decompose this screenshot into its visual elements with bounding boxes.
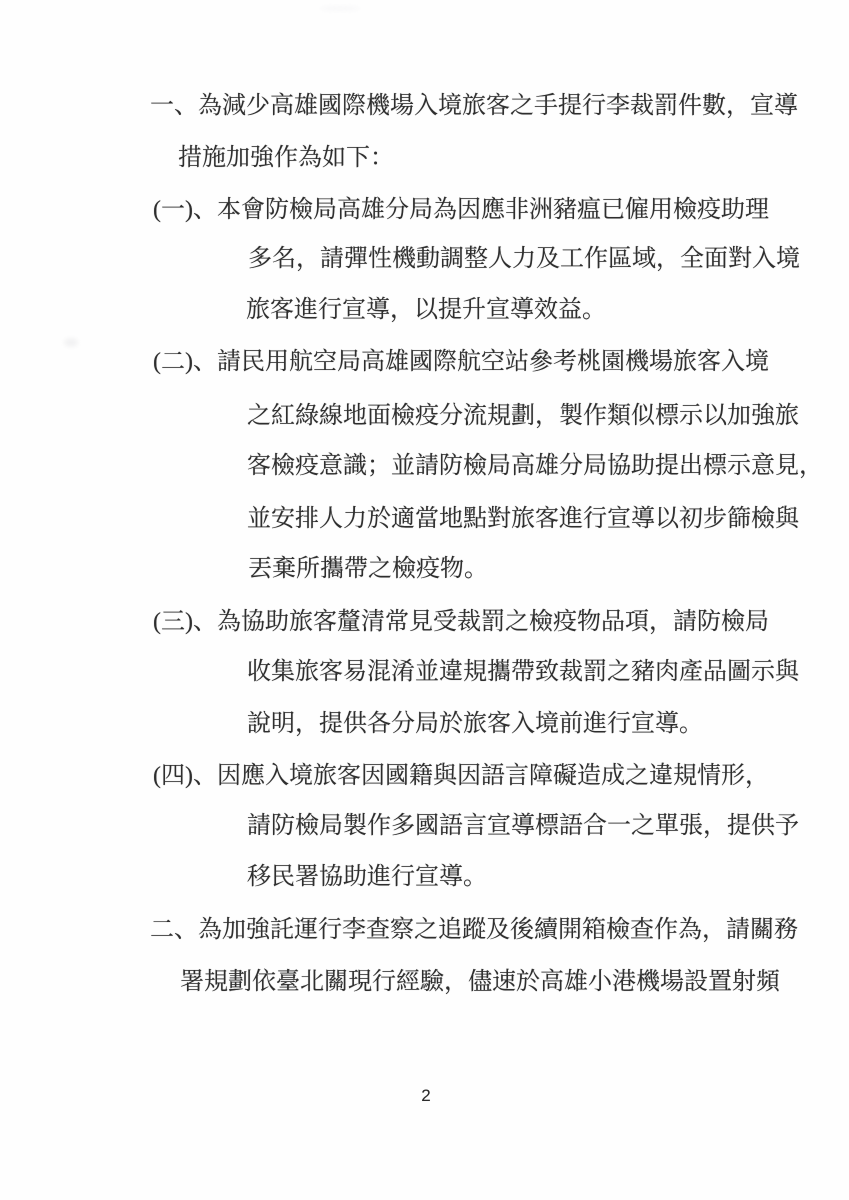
document-line: 說明，提供各分局於旅客入境前進行宣導。 — [247, 710, 703, 738]
scan-noise-smudge — [64, 338, 78, 347]
document-line: (三)、為協助旅客釐清常見受裁罰之檢疫物品項，請防檢局 — [153, 608, 769, 636]
document-line: 客檢疫意識；並請防檢局高雄分局協助提出標示意見， — [247, 452, 823, 480]
document-line: 並安排人力於適當地點對旅客進行宣導以初步篩檢與 — [247, 505, 799, 533]
document-line: 移民署協助進行宣導。 — [247, 863, 487, 891]
document-line: (一)、本會防檢局高雄分局為因應非洲豬瘟已僱用檢疫助理 — [153, 196, 769, 224]
document-line: 之紅綠線地面檢疫分流規劃，製作類似標示以加強旅 — [247, 402, 799, 430]
document-line: 丟棄所攜帶之檢疫物。 — [248, 555, 488, 583]
document-line: 收集旅客易混淆並違規攜帶致裁罰之豬肉產品圖示與 — [247, 658, 799, 686]
page-number: 2 — [414, 1086, 438, 1106]
document-line: 二、為加強託運行李查察之追蹤及後續開箱檢查作為，請關務 — [150, 916, 798, 944]
document-line: 請防檢局製作多國語言宣導標語合一之單張，提供予 — [247, 812, 799, 840]
document-line: 一、為減少高雄國際機場入境旅客之手提行李裁罰件數，宣導 — [150, 92, 798, 120]
document-line: 署規劃依臺北關現行經驗，儘速於高雄小港機場設置射頻 — [180, 968, 780, 996]
document-page: 一、為減少高雄國際機場入境旅客之手提行李裁罰件數，宣導 措施加強作為如下： (一… — [0, 0, 849, 1200]
scan-noise-smudge — [320, 6, 360, 11]
document-line: (二)、請民用航空局高雄國際航空站參考桃園機場旅客入境 — [153, 348, 769, 376]
document-line: 措施加強作為如下： — [178, 144, 394, 172]
document-line: 多名，請彈性機動調整人力及工作區域，全面對入境 — [248, 245, 800, 273]
document-line: (四)、因應入境旅客因國籍與因語言障礙造成之違規情形， — [153, 762, 769, 790]
document-line: 旅客進行宣導，以提升宣導效益。 — [246, 296, 606, 324]
